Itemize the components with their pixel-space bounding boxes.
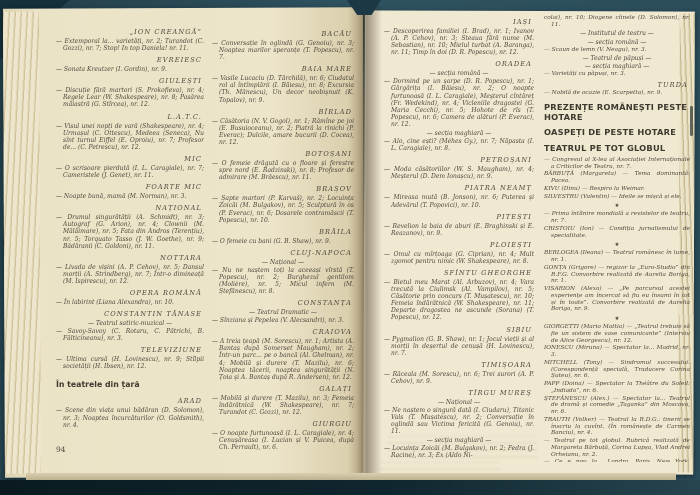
- index-entry: — Scaun de lemn (V. Neagu), nr. 3.: [544, 47, 690, 54]
- index-entry: — Savoy-Savoy (C. Rotaru, C. Pătrichi, B…: [56, 328, 204, 342]
- city-heading: TELEVIZIUNE: [56, 346, 202, 354]
- index-entry: — Discuție fără martori (S. Prokofieva),…: [56, 87, 204, 108]
- city-heading: BOTOȘANI: [212, 150, 352, 158]
- index-item: SILVESTRU (Valentin) — Ideile se mișcă ș…: [544, 194, 690, 201]
- subsection-heading: — secția maghiară —: [384, 130, 534, 137]
- left-page-column-2: BACĂU— Conversație în oglindă (G. Genoiu…: [212, 26, 354, 462]
- city-heading: BÎRLAD: [212, 108, 352, 116]
- index-item: VISARION (Alexa) — „Pe parcursul acestei…: [544, 286, 690, 313]
- city-heading: BAIA MARE: [212, 65, 352, 73]
- index-entry: — Noapte bună, mamă (M. Norman), nr. 3.: [56, 193, 204, 200]
- index-entry: — Varietăți cu păpuși, nr. 3.: [544, 71, 690, 78]
- city-heading: CLUJ-NAPOCA: [212, 249, 352, 257]
- index-entry: — Nu ne naștem toți la aceeași vîrstă (T…: [212, 267, 354, 295]
- star-separator: ★: [544, 242, 690, 248]
- subsection-heading: — Teatrul Dramatic —: [212, 309, 354, 316]
- index-entry: — O noapte furtunoasă (I. L. Caragiale),…: [212, 430, 354, 451]
- subsection-heading: — Național —: [384, 399, 534, 406]
- index-item: MITCHELL (Tony) — Sindromul succesului. …: [544, 360, 690, 380]
- city-heading: MIC: [56, 155, 202, 163]
- index-item: colai), nr. 10; Diogene cîinele (D. Solo…: [544, 15, 690, 29]
- city-heading: BRAȘOV: [212, 185, 352, 193]
- index-entry: — Șapte martori (P. Karvaš), nr. 2; Locu…: [212, 195, 354, 223]
- city-heading: SFÎNTU GHEORGHE: [384, 269, 532, 277]
- city-heading: OPERA ROMÂNĂ: [56, 289, 202, 297]
- section-heading: În teatrele din țară: [56, 380, 204, 389]
- city-heading: NAȚIONAL: [56, 204, 202, 212]
- index-entry: — Extemporal la... varietăți, nr. 2; Tur…: [56, 38, 204, 52]
- city-heading: FOARTE MIC: [56, 183, 202, 191]
- index-entry: — Ne naștem o singură dată (I. Ciudaru),…: [384, 407, 534, 435]
- index-entry: — Omul cu mîrțoaga (G. Ciprian), nr. 4; …: [384, 251, 534, 265]
- index-entry: — Vasile Lucaciu (D. Tărchilă), nr. 6; C…: [212, 75, 354, 103]
- subsection-heading: — secția română —: [544, 39, 690, 46]
- right-page-column-1: IAȘI— Descoperirea familiei (I. Brad), n…: [384, 14, 534, 466]
- index-item: PAPP (Doina) — Spectator la Théâtre du S…: [544, 381, 690, 395]
- index-entry: — Prima întîlnire mondială a revistelor …: [544, 211, 690, 225]
- city-heading: TURDA: [544, 81, 688, 89]
- index-entry: — Sînziana și Pepelea (V. Alecsandri), n…: [212, 317, 354, 324]
- index-entry: — Drumul singurătății (A. Schmidt), nr. …: [56, 214, 204, 249]
- index-entry: — Teatrul pe tot globul. Rubrică realiza…: [544, 438, 690, 458]
- table-surface: [0, 480, 700, 495]
- subsection-heading: — secția română —: [384, 70, 534, 77]
- subsection-heading: — Teatrul satiric-muzical —: [56, 320, 204, 327]
- index-entry: — Căsătoria (N. V. Gogol), nr. 1; Rămîne…: [212, 118, 354, 146]
- index-entry: — Scene din viața unui bădăran (D. Solom…: [56, 407, 204, 428]
- index-entry: — Descoperirea familiei (I. Brad), nr. 1…: [384, 28, 534, 56]
- city-heading: ARAD: [56, 397, 202, 405]
- city-heading: PIATRA NEAMȚ: [384, 184, 532, 192]
- index-entry: — În labirint (Liana Alexandra), nr. 10.: [56, 299, 204, 306]
- index-item: BĂRBUȚĂ (Margareta) — Tema dominantă: Pa…: [544, 171, 690, 185]
- page-edge-mark: [690, 106, 693, 136]
- subsection-heading: — secția maghiară —: [384, 437, 534, 444]
- subsection-heading: — Național —: [212, 259, 354, 266]
- index-item: GIORGETTI (Mario Mattia) — „Teatrul treb…: [544, 324, 690, 344]
- index-entry: — Congresul al X-lea al Asociației Inter…: [544, 157, 690, 171]
- index-entry: — O femeie drăguță cu o floare și ferest…: [212, 160, 354, 181]
- index-item: GONȚA (Grigore) — regizor la „Euro-Studi…: [544, 265, 690, 285]
- star-separator: ★: [544, 203, 690, 209]
- city-heading: L.A.T.C.: [56, 113, 202, 121]
- index-entry: — Moda căsătoriilor (W. S. Maugham), nr.…: [384, 166, 534, 180]
- city-heading: CRAIOVA: [212, 328, 352, 336]
- subsection-heading: — secția maghiară —: [544, 63, 690, 70]
- city-heading: PETROȘANI: [384, 156, 532, 164]
- index-entry: — Ce e nou la... Londra, Paris, New York…: [544, 459, 690, 462]
- index-entry: — Visul unei nopți de vară (Shakespeare)…: [56, 123, 204, 151]
- city-heading: GIULEȘTI: [56, 77, 202, 85]
- index-entry: — Pygmalion (G. B. Shaw), nr. 1; Jocul v…: [384, 336, 534, 357]
- city-heading: BACĂU: [212, 30, 352, 38]
- city-heading: SIBIU: [384, 326, 532, 334]
- index-entry: — Dormind pe un șarpe (D. R. Popescu), n…: [384, 78, 534, 128]
- star-separator: ★: [544, 316, 690, 322]
- index-entry: — Bietul meu Marat (Al. Arbuzov), nr. 4;…: [384, 279, 534, 322]
- city-heading: PITEȘTI: [384, 213, 532, 221]
- index-entry: — O femeie cu bani (G. B. Shaw), nr. 9.: [212, 238, 354, 245]
- section-heading-large: PREZENȚE ROMÂNEȘTI PESTE HOTARE: [544, 103, 690, 123]
- city-heading: BRĂILA: [212, 228, 352, 236]
- city-heading: TIMIȘOARA: [384, 361, 532, 369]
- index-entry: — Alo, cine ești? (Méhes Gy.), nr. 7; Nă…: [384, 138, 534, 152]
- page-number: 94: [56, 445, 204, 454]
- right-page-column-2: colai), nr. 10; Diogene cîinele (D. Solo…: [544, 14, 690, 462]
- city-heading: CONSTANȚA: [212, 299, 352, 307]
- subsection-heading: — Teatrul de păpuși —: [544, 55, 690, 62]
- index-item: KIVU (Dinu) — Respiro la Weimar.: [544, 186, 690, 193]
- index-entry: — Mireasa mută (B. Jonson), nr. 6; Puter…: [384, 194, 534, 208]
- index-entry: — A treia țeapă (M. Sorescu), nr. 1; Art…: [212, 338, 354, 381]
- city-heading: IAȘI: [384, 18, 532, 26]
- city-heading: PLOIEȘTI: [384, 241, 532, 249]
- city-heading: GALAȚI: [212, 385, 352, 393]
- index-entry: — Mobilă și durere (T. Mazilu), nr. 3; F…: [212, 395, 354, 416]
- index-entry: — Răceala (M. Sorescu), nr. 6; Trei suro…: [384, 371, 534, 385]
- city-heading: GIURGIU: [212, 420, 352, 428]
- index-item: ȘTEFĂNESCU (Alex.) — Spectator la... Tea…: [544, 396, 690, 416]
- index-item: CRISTOIU (Ion) — Condiția jurnalismului …: [544, 226, 690, 240]
- city-heading: CONSTANTIN TĂNASE: [56, 310, 202, 318]
- index-entry: — Sonata Kreutzer (I. Gordin), nr. 9.: [56, 66, 204, 73]
- index-entry: — Revelion la baia de aburi (E. Braghins…: [384, 223, 534, 237]
- index-item: TRAUTH (Volker) — Teatrul la R.D.G.: tin…: [544, 417, 690, 437]
- city-heading: „ION CREANGĂ”: [56, 28, 202, 36]
- index-entry: — Livada de vișini (A. P. Cehov), nr. 5;…: [56, 264, 204, 285]
- city-heading: NOTTARA: [56, 254, 202, 262]
- index-entry: — Nobilă de ocazie (E. Scarpetta), nr. 9…: [544, 90, 690, 97]
- page-edge-stack-left: [3, 12, 41, 474]
- index-entry: — Conversație în oglindă (G. Genoiu), nr…: [212, 40, 354, 61]
- city-heading: EVREIESC: [56, 56, 202, 64]
- index-item: BERLOGEA (Ileana) — Teatrul românesc în …: [544, 250, 690, 264]
- city-heading: TÎRGU MUREȘ: [384, 389, 532, 397]
- subsection-heading: — Institutul de teatru —: [544, 30, 690, 37]
- city-heading: ORADEA: [384, 60, 532, 68]
- section-heading-large: TEATRUL PE TOT GLOBUL: [544, 144, 690, 154]
- index-entry: — Locuința Zoicăi (M. Bulgakov), nr. 2; …: [384, 445, 534, 459]
- left-page-column-1: „ION CREANGĂ”— Extemporal la... varietăț…: [56, 24, 204, 470]
- index-entry: — O scrisoare pierdută (I. L. Caragiale)…: [56, 165, 204, 179]
- section-heading-large: OASPEȚI DE PESTE HOTARE: [544, 128, 690, 138]
- index-entry: — Ultima cursă (H. Lovinescu), nr. 9; St…: [56, 356, 204, 370]
- book-spread-scan: „ION CREANGĂ”— Extemporal la... varietăț…: [0, 0, 700, 495]
- index-item: IONESCU (Miruna) — Spectator la... Madri…: [544, 345, 690, 359]
